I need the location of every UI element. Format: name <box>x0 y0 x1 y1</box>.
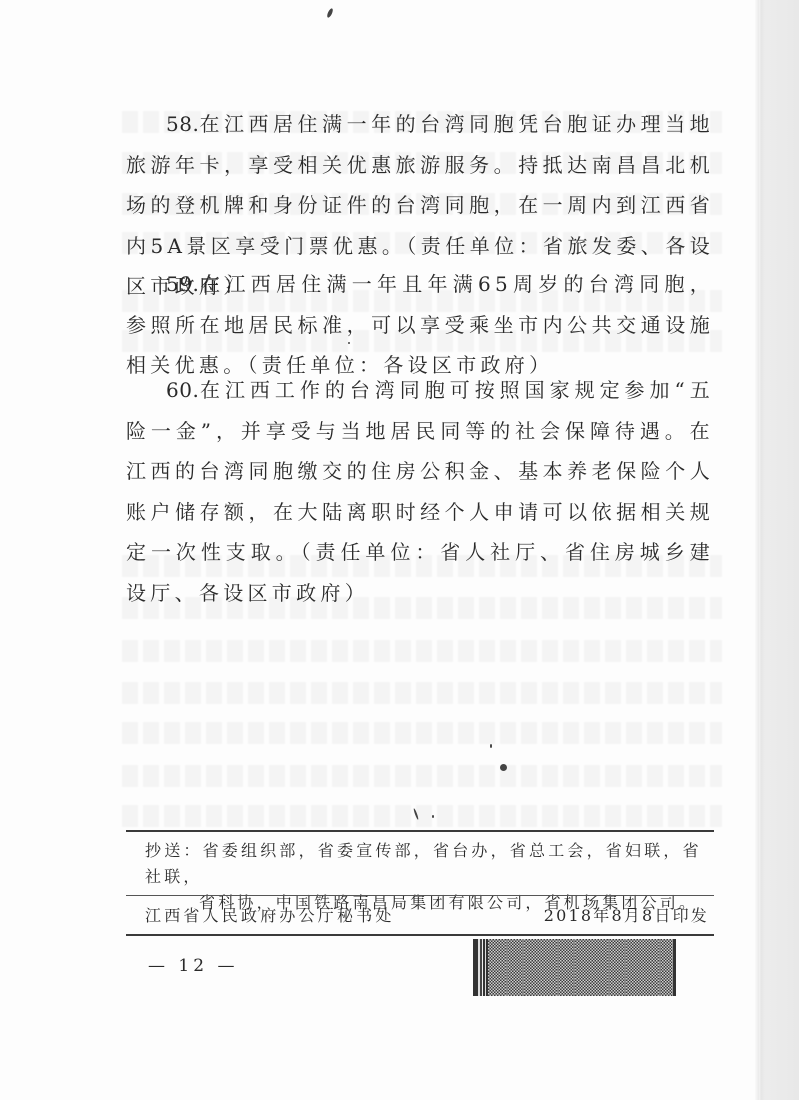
article-60: 60.在江西工作的台湾同胞可按照国家规定参加“五险一金”，并享受与当地居民同等的… <box>126 370 714 613</box>
footer-top-rule <box>126 830 714 832</box>
article-number: 60. <box>166 378 199 402</box>
article-number: 58. <box>166 112 199 136</box>
page-number: — 12 — <box>148 956 238 976</box>
article-text: 在江西工作的台湾同胞可按照国家规定参加“五险一金”，并享受与当地居民同等的社会保… <box>126 378 714 605</box>
footer-bottom-rule <box>126 934 714 936</box>
issuing-office: 江西省人民政府办公厅秘书处 <box>145 903 395 926</box>
cc-line-1: 抄送：省委组织部，省委宣传部，省台办，省总工会，省妇联，省社联， <box>145 838 715 890</box>
cc-label: 抄送： <box>145 841 203 860</box>
document-page: 58.在江西居住满一年的台湾同胞凭台胞证办理当地旅游年卡，享受相关优惠旅游服务。… <box>0 0 799 1100</box>
document-barcode <box>473 939 676 996</box>
footer-middle-rule <box>126 895 714 896</box>
article-text: 在江西居住满一年且年满65周岁的台湾同胞，参照所在地居民标准，可以享受乘坐市内公… <box>126 272 714 377</box>
article-59: 59.在江西居住满一年且年满65周岁的台湾同胞，参照所在地居民标准，可以享受乘坐… <box>126 264 714 386</box>
article-number: 59. <box>166 272 199 296</box>
issue-date: 2018年8月8日印发 <box>544 903 709 926</box>
